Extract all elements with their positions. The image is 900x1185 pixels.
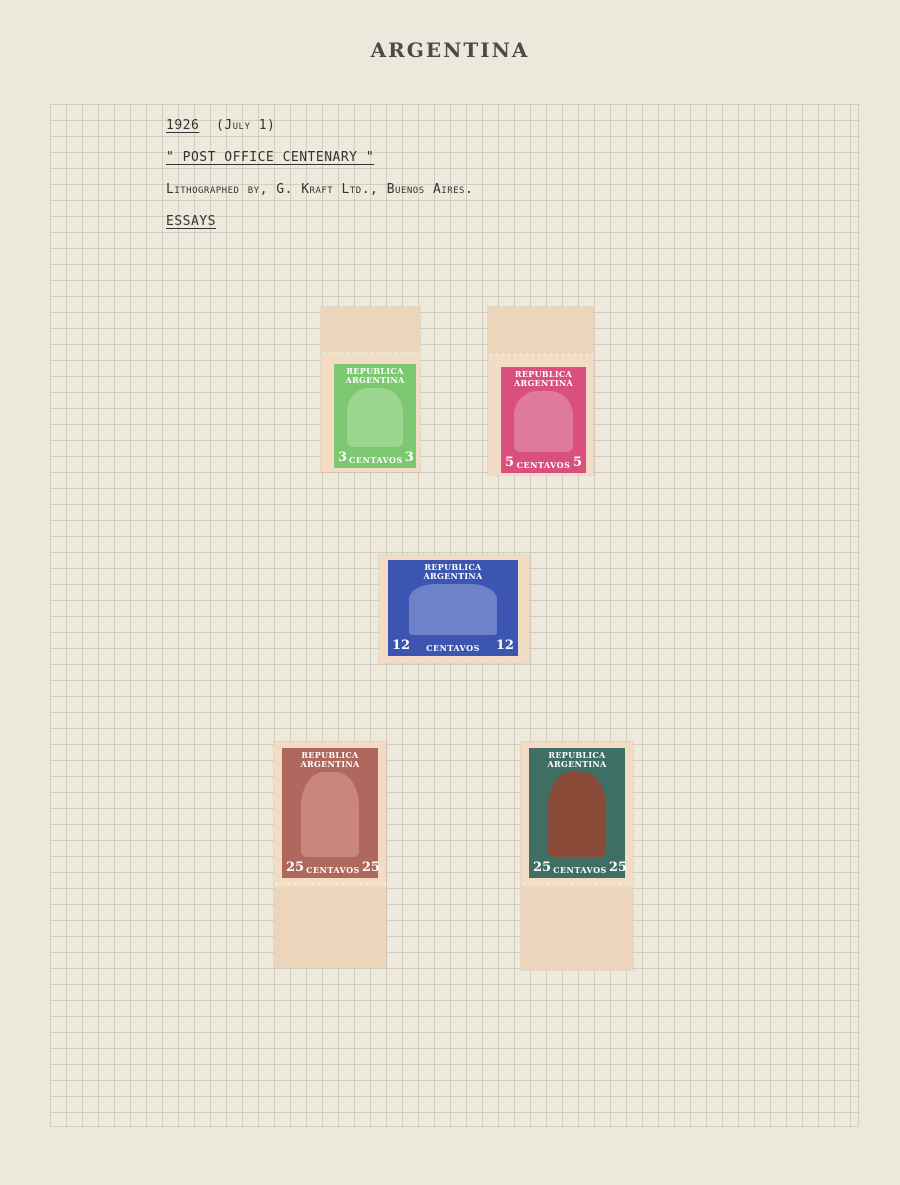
house-vignette [301,772,358,857]
category-label: ESSAYS [166,214,216,229]
stamp-design: REPUBLICA ARGENTINA 12 CENTAVOS 12 [388,560,518,656]
stamp-design: REPUBLICA ARGENTINA 3 CENTAVOS 3 [334,364,416,468]
portrait-vignette [514,391,572,452]
issue-date: (July 1) [216,118,275,133]
stamp-3c-green: REPUBLICA ARGENTINA 3 CENTAVOS 3 [321,307,420,472]
printer-note: Lithographed by, G. Kraft Ltd., Buenos A… [166,182,473,197]
category-line: ESSAYS [166,211,473,243]
page-title: ARGENTINA [0,38,900,62]
stamp-design: REPUBLICA ARGENTINA 25 CENTAVOS 25 [282,748,378,878]
stamp-25c-brown: REPUBLICA ARGENTINA 25 CENTAVOS 25 [274,742,386,967]
building-vignette [409,584,497,635]
stamp-12c-blue: REPUBLICA ARGENTINA 12 CENTAVOS 12 [379,555,529,663]
album-notes: 1926 (July 1) " POST OFFICE CENTENARY " … [166,115,473,243]
printer-line: Lithographed by, G. Kraft Ltd., Buenos A… [166,179,473,211]
issue-date-line: 1926 (July 1) [166,115,473,147]
stamp-design: REPUBLICA ARGENTINA 5 CENTAVOS 5 [501,367,586,473]
house-vignette [548,772,605,857]
stamp-design: REPUBLICA ARGENTINA 25 CENTAVOS 25 [529,748,625,878]
issue-name: " POST OFFICE CENTENARY " [166,150,374,165]
portrait-vignette [347,388,403,447]
issue-name-line: " POST OFFICE CENTENARY " [166,147,473,179]
stamp-5c-rose: REPUBLICA ARGENTINA 5 CENTAVOS 5 [488,307,593,475]
stamp-25c-green: REPUBLICA ARGENTINA 25 CENTAVOS 25 [521,742,633,970]
issue-year: 1926 [166,118,199,133]
